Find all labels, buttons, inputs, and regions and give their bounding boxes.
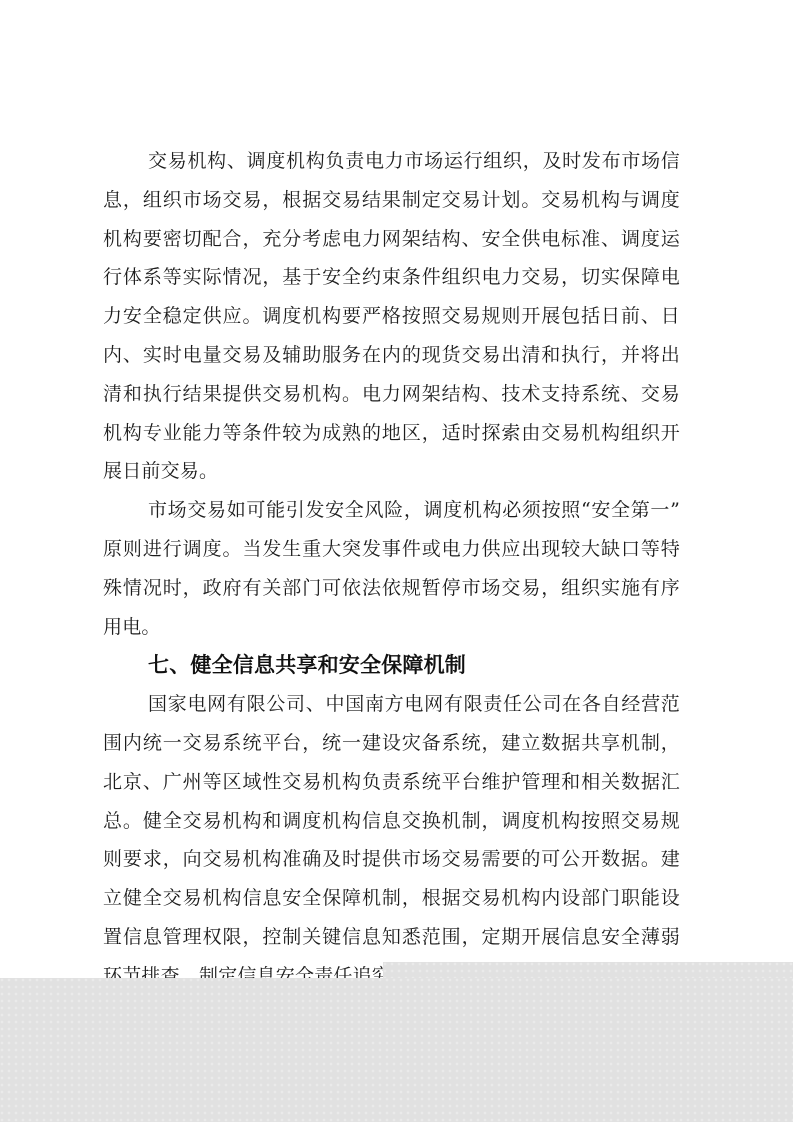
text-line: 立健全交易机构信息安全保障机制，根据交易机构内设部门职能设 xyxy=(103,879,680,918)
text-line: 置信息管理权限，控制关键信息知悉范围，定期开展信息安全薄弱 xyxy=(103,918,680,957)
text-line: 息，组织市场交易，根据交易结果制定交易计划。交易机构与调度 xyxy=(103,181,680,220)
text-line: 清和执行结果提供交易机构。电力网架结构、技术支持系统、交易 xyxy=(103,375,680,414)
text-line: 机构专业能力等条件较为成熟的地区，适时探索由交易机构组织开 xyxy=(103,414,680,453)
text-line: 机构要密切配合，充分考虑电力网架结构、安全供电标准、调度运 xyxy=(103,220,680,259)
text-line: 原则进行调度。当发生重大突发事件或电力供应出现较大缺口等特 xyxy=(103,530,680,569)
text-line: 力安全稳定供应。调度机构要严格按照交易规则开展包括日前、日 xyxy=(103,297,680,336)
text-line: 围内统一交易系统平台，统一建设灾备系统，建立数据共享机制， xyxy=(103,724,680,763)
section-heading: 七、健全信息共享和安全保障机制 xyxy=(103,646,680,685)
viewer-background-bottom xyxy=(0,978,793,1122)
text-line: 用电。 xyxy=(103,608,680,647)
text-line: 市场交易如可能引发安全风险，调度机构必须按照“安全第一” xyxy=(103,491,680,530)
text-line: 内、实时电量交易及辅助服务在内的现货交易出清和执行，并将出 xyxy=(103,336,680,375)
document-page: 交易机构、调度机构负责电力市场运行组织，及时发布市场信息，组织市场交易，根据交易… xyxy=(0,0,793,1122)
text-line: 总。健全交易机构和调度机构信息交换机制，调度机构按照交易规 xyxy=(103,802,680,841)
text-line: 殊情况时，政府有关部门可依法依规暂停市场交易，组织实施有序 xyxy=(103,569,680,608)
text-line: 交易机构、调度机构负责电力市场运行组织，及时发布市场信 xyxy=(103,142,680,181)
text-line: 展日前交易。 xyxy=(103,452,680,491)
document-body: 交易机构、调度机构负责电力市场运行组织，及时发布市场信息，组织市场交易，根据交易… xyxy=(103,142,680,996)
text-line: 国家电网有限公司、中国南方电网有限责任公司在各自经营范 xyxy=(103,685,680,724)
text-line: 北京、广州等区域性交易机构负责系统平台维护管理和相关数据汇 xyxy=(103,763,680,802)
viewer-background-step xyxy=(383,962,793,978)
text-line: 行体系等实际情况，基于安全约束条件组织电力交易，切实保障电 xyxy=(103,258,680,297)
text-line: 则要求，向交易机构准确及时提供市场交易需要的可公开数据。建 xyxy=(103,840,680,879)
